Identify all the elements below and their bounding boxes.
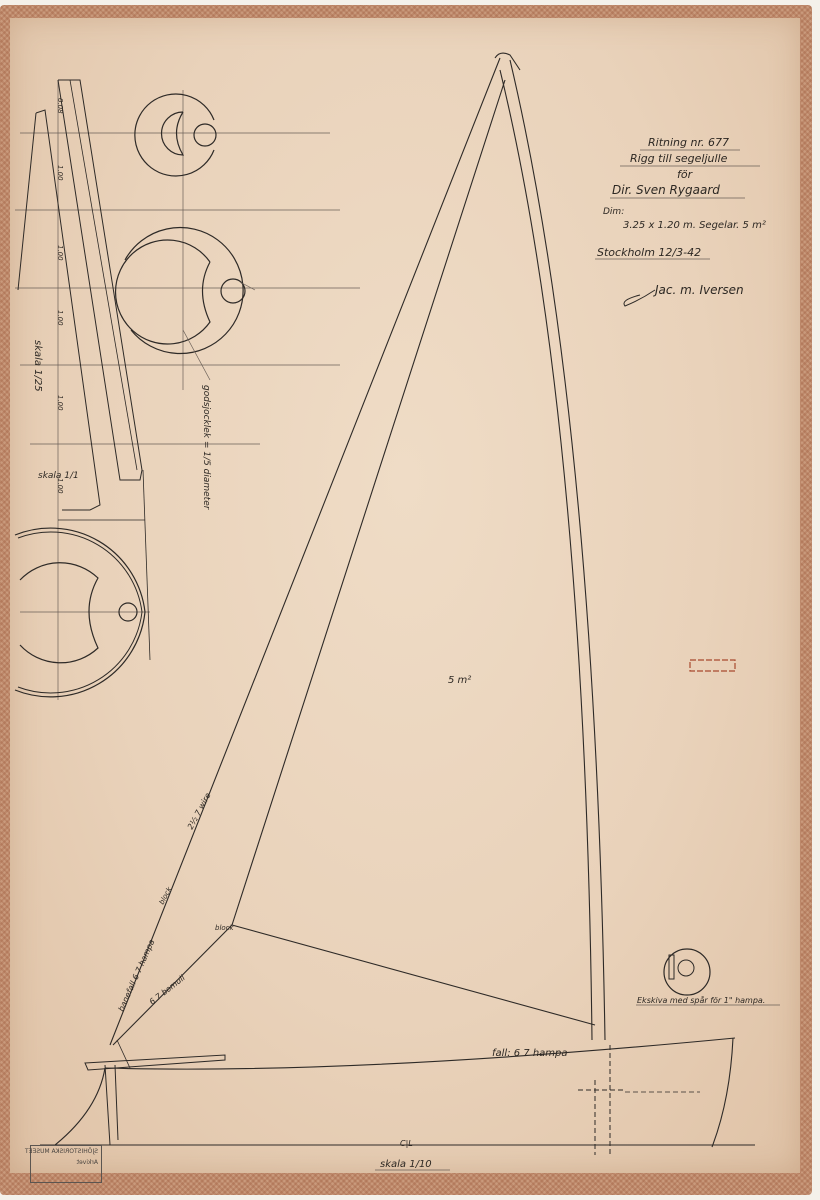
stamp-line-2: Arkivet — [31, 1157, 101, 1168]
main-halyard-label: fall: 6 7 hampa — [492, 1048, 568, 1059]
scale-label-1-1: skala 1/1 — [38, 471, 79, 481]
signature: Jac. m. Iversen — [653, 283, 744, 297]
centerline-label: C|L — [400, 1139, 413, 1148]
scale-label-1-25: skala 1/25 — [32, 340, 43, 392]
segment-label-2: 1.00 — [56, 245, 64, 261]
mast-section-base — [15, 528, 145, 697]
for-label: för — [677, 168, 694, 181]
segment-label-0: 0.08 — [56, 98, 64, 114]
dim-label: Dim: — [603, 207, 624, 217]
wall-thickness-note: godsjocklek = 1/5 diameter — [201, 385, 211, 511]
forestay-label: 2½ 7 wire — [186, 791, 213, 831]
block-label-lower: block — [215, 924, 235, 932]
dimensions: 3.25 x 1.20 m. Segelar. 5 m² — [623, 220, 766, 231]
archive-stamp: SJÖHISTORISKA MUSEET Arkivet — [30, 1145, 102, 1183]
segment-label-1: 1.00 — [56, 165, 64, 181]
drawing-number: Ritning nr. 677 — [648, 136, 729, 149]
segment-label-4: 1.00 — [56, 395, 64, 411]
client-name: Dir. Sven Rygaard — [612, 183, 720, 197]
sail-area-label: 5 m² — [448, 675, 471, 686]
hull — [40, 1038, 755, 1147]
red-annotation-mark — [690, 660, 735, 671]
drawing-subject: Rigg till segeljulle — [630, 152, 728, 165]
hull-scale-label: skala 1/10 — [380, 1159, 432, 1170]
mast-section-small — [135, 94, 216, 176]
sailboat-rig-drawing: Ritning nr. 677 Rigg till segeljulle för… — [0, 0, 820, 1200]
segment-label-3: 1.00 — [56, 310, 64, 326]
mast-section-large — [116, 228, 255, 380]
place-date: Stockholm 12/3-42 — [597, 246, 701, 259]
sheave-caption: Ekskiva med spår för 1" hampa. — [637, 995, 765, 1005]
construction-lines — [15, 80, 360, 700]
stamp-line-1: SJÖHISTORISKA MUSEET — [31, 1146, 101, 1157]
sheet-label: 6 7 bomull — [148, 973, 188, 1007]
sheave-detail — [664, 949, 710, 995]
